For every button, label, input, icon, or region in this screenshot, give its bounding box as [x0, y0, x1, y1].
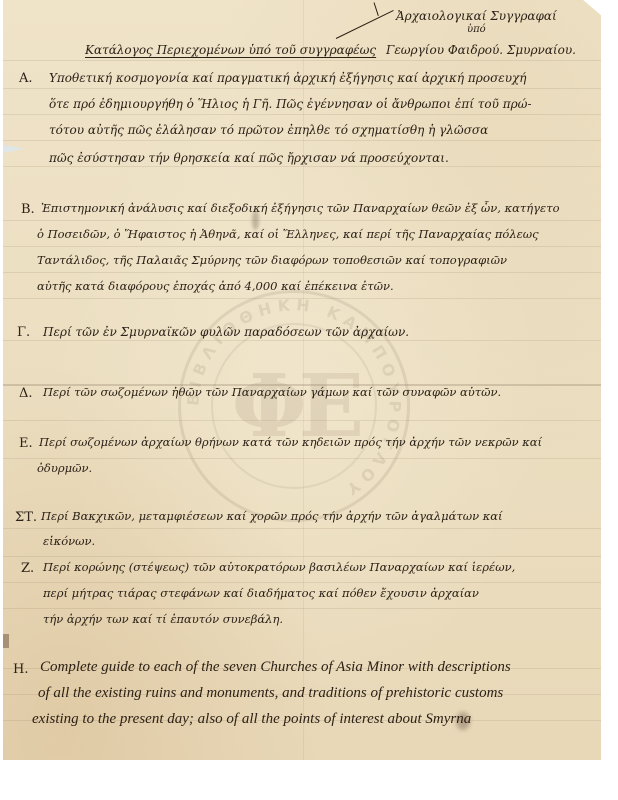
annotation-stroke — [336, 10, 394, 39]
section-marker-d: Δ. — [19, 387, 33, 400]
section-b-line-4: αὐτῆς κατά διαφόρους ἐποχάς ἀπό 4,000 κα… — [37, 281, 394, 293]
section-z-line-2: περί μήτρας τιάρας στεφάνων καί διαδήματ… — [43, 588, 479, 600]
section-marker-b: Β. — [21, 203, 35, 216]
section-h-line-2: of all the existing ruins and monuments,… — [38, 686, 503, 701]
ruled-line — [3, 88, 601, 89]
section-a-line-1: Υποθετική κοσμογονία καί πραγματική ἀρχι… — [49, 72, 526, 84]
section-a-line-2: ὅτε πρό ἐδημιουργήθη ὁ Ἥλιος ἡ Γῆ. Πῶς ἐ… — [49, 98, 532, 110]
section-st-line-1: Περί Βακχικῶν, μεταμφιέσεων καί χορῶν πρ… — [41, 511, 503, 523]
section-z-line-1: Περί κορώνης (στέψεως) τῶν αὐτοκρατόρων … — [43, 562, 515, 574]
section-marker-z: Ζ. — [21, 562, 34, 575]
section-a-line-4: πῶς ἐσύστησαν τήν θρησκεία καί πῶς ἤρχισ… — [49, 152, 449, 164]
section-b-line-1: Ἐπιστημονική ἀνάλυσις καί διεξοδική ἐξήγ… — [41, 203, 560, 215]
section-e-line-1: Περί σωζομένων ἀρχαίων θρήνων κατά τῶν κ… — [39, 437, 542, 449]
paper-stain — [3, 634, 9, 648]
margin-note-line-1: Ἀρχαιολογικαί Συγγραφαί — [396, 10, 557, 22]
ruled-line — [3, 140, 601, 141]
section-b-line-2: ὁ Ποσειδῶν, ὁ Ἥφαιστος ἡ Ἀθηνᾶ, καί οἱ Ἕ… — [37, 229, 539, 241]
section-marker-a: Α. — [19, 72, 33, 85]
paper-tear — [3, 145, 25, 153]
annotation-stroke — [374, 2, 379, 16]
stamp-monogram: ΦΕ — [211, 323, 377, 489]
ruled-line — [3, 60, 601, 61]
section-marker-c: Γ. — [17, 326, 30, 339]
manuscript-page: ΒΙΒΛΙΟΘΗΚΗ ΚΑΜΠΟΥΡΟΓΛΟΥ ΦΕ Ἀρχαιολογικαί… — [3, 0, 601, 760]
ruled-line — [3, 608, 601, 609]
ruled-line — [3, 220, 601, 221]
ruled-line — [3, 166, 601, 167]
section-marker-e: Ε. — [19, 437, 33, 450]
section-z-line-3: τήν ἀρχήν των καί τί ἐπαυτόν συνεβάλη. — [43, 614, 283, 626]
ruled-line — [3, 272, 601, 273]
section-h-line-3: existing to the present day; also of all… — [32, 712, 471, 727]
section-e-line-2: ὀδυρμῶν. — [37, 463, 92, 475]
section-marker-h: Η. — [13, 663, 28, 676]
title-underlined: Κατάλογος Περιεχομένων ὑπό τοῦ συγγραφέω… — [85, 44, 376, 56]
section-a-line-3: τότου αὐτῆς πῶς ἐλάλησαν τό πρῶτον ἐπηλθ… — [49, 124, 488, 136]
ruled-line — [3, 246, 601, 247]
section-marker-st: ΣΤ. — [15, 511, 37, 524]
section-h-line-1: Complete guide to each of the seven Chur… — [40, 660, 511, 675]
ruled-line — [3, 114, 601, 115]
title-author: Γεωργίου Φαιδρού. Σμυρναίου. — [386, 44, 576, 56]
section-d-line-1: Περί τῶν σωζομένων ἠθῶν τῶν Παναρχαίων γ… — [43, 387, 501, 399]
section-st-line-2: εἰκόνων. — [43, 536, 95, 548]
margin-note-line-2: ὑπό — [467, 25, 486, 35]
section-b-line-3: Ταντάλιδος, τῆς Παλαιᾶς Σμύρνης τῶν διαφ… — [37, 255, 507, 267]
ruled-line — [3, 582, 601, 583]
ruled-line — [3, 556, 601, 557]
section-c-line-1: Περί τῶν ἐν Σμυρναϊκῶν φυλῶν παραδόσεων … — [43, 326, 409, 338]
ruled-line — [3, 528, 601, 529]
